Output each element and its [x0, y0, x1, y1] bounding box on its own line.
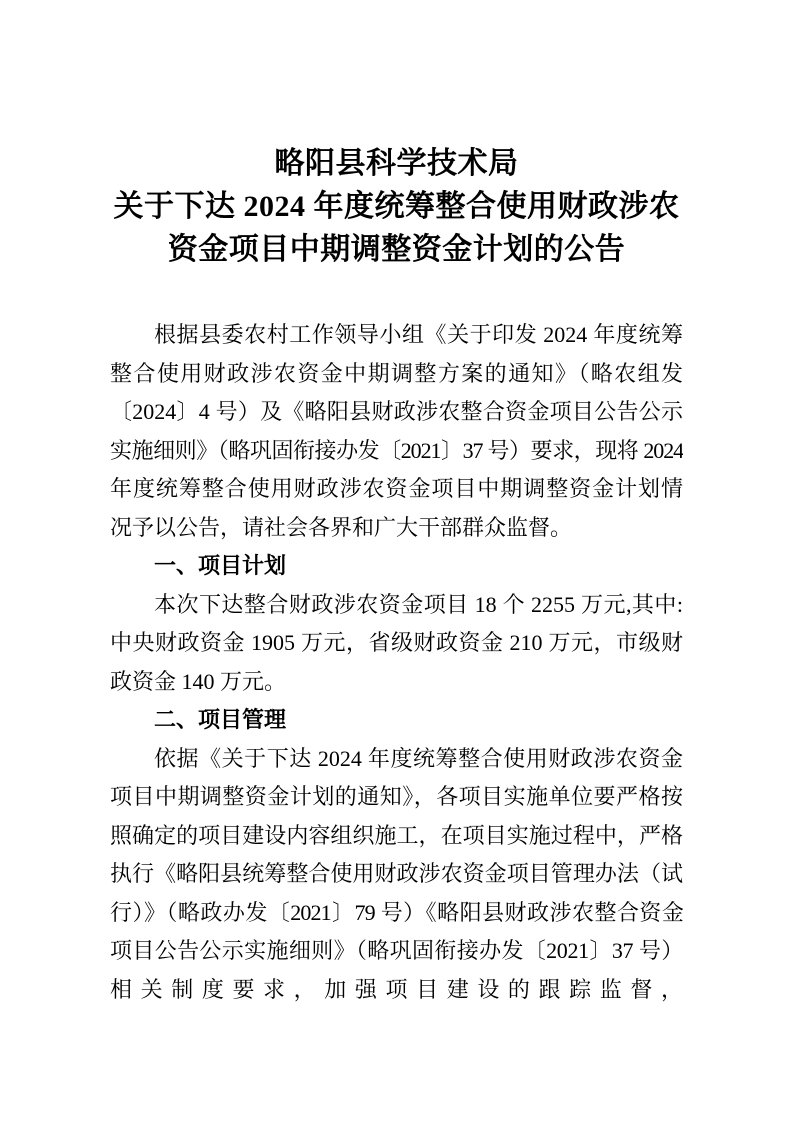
intro-paragraph: 根据县委农村工作领导小组《关于印发 2024 年度统筹 整合使用财政涉农资金中期… — [110, 316, 683, 547]
paragraph-line: 行）》（略政办发〔2021〕79 号）《略阳县财政涉农整合资金 — [110, 894, 683, 933]
paragraph-line: 依据《关于下达 2024 年度统筹整合使用财政涉农资金 — [110, 740, 683, 779]
document-title: 略阳县科学技术局 关于下达 2024 年度统筹整合使用财政涉农 资金项目中期调整… — [110, 142, 683, 271]
paragraph-line: 照确定的项目建设内容组织施工，在项目实施过程中，严格 — [110, 817, 683, 856]
paragraph-line: 实施细则》（略巩固衔接办发〔2021〕37 号）要求，现将 2024 — [110, 432, 683, 471]
section-heading-project-plan: 一、项目计划 — [110, 547, 683, 586]
paragraph-line: 况予以公告，请社会各界和广大干部群众监督。 — [110, 509, 683, 548]
paragraph-line: 年度统筹整合使用财政涉农资金项目中期调整资金计划情 — [110, 470, 683, 509]
paragraph-line: 根据县委农村工作领导小组《关于印发 2024 年度统筹 — [110, 316, 683, 355]
document-body: 根据县委农村工作领导小组《关于印发 2024 年度统筹 整合使用财政涉农资金中期… — [110, 316, 683, 1009]
paragraph-line: 执行《略阳县统筹整合使用财政涉农资金项目管理办法（试 — [110, 855, 683, 894]
paragraph-line: 〔2024〕4 号）及《略阳县财政涉农整合资金项目公告公示 — [110, 393, 683, 432]
paragraph-line: 整合使用财政涉农资金中期调整方案的通知》（略农组发 — [110, 355, 683, 394]
paragraph-line: 项目公告公示实施细则》（略巩固衔接办发〔2021〕37 号） — [110, 932, 683, 971]
paragraph-line: 中央财政资金 1905 万元，省级财政资金 210 万元，市级财 — [110, 624, 683, 663]
paragraph-line: 项目中期调整资金计划的通知》，各项目实施单位要严格按 — [110, 778, 683, 817]
title-line-1: 略阳县科学技术局 — [110, 142, 683, 185]
paragraph-line: 政资金 140 万元。 — [110, 663, 683, 702]
section2-paragraph: 依据《关于下达 2024 年度统筹整合使用财政涉农资金 项目中期调整资金计划的通… — [110, 740, 683, 1010]
paragraph-line: 本次下达整合财政涉农资金项目 18 个 2255 万元,其中: — [110, 586, 683, 625]
section-heading-project-management: 二、项目管理 — [110, 701, 683, 740]
section1-paragraph: 本次下达整合财政涉农资金项目 18 个 2255 万元,其中: 中央财政资金 1… — [110, 586, 683, 702]
title-line-3: 资金项目中期调整资金计划的公告 — [110, 228, 683, 271]
document-page: 略阳县科学技术局 关于下达 2024 年度统筹整合使用财政涉农 资金项目中期调整… — [0, 0, 793, 1122]
paragraph-line: 相关制度要求，加强项目建设的跟踪监督，做到管理到项目、 — [110, 971, 683, 1010]
title-line-2: 关于下达 2024 年度统筹整合使用财政涉农 — [110, 185, 683, 228]
